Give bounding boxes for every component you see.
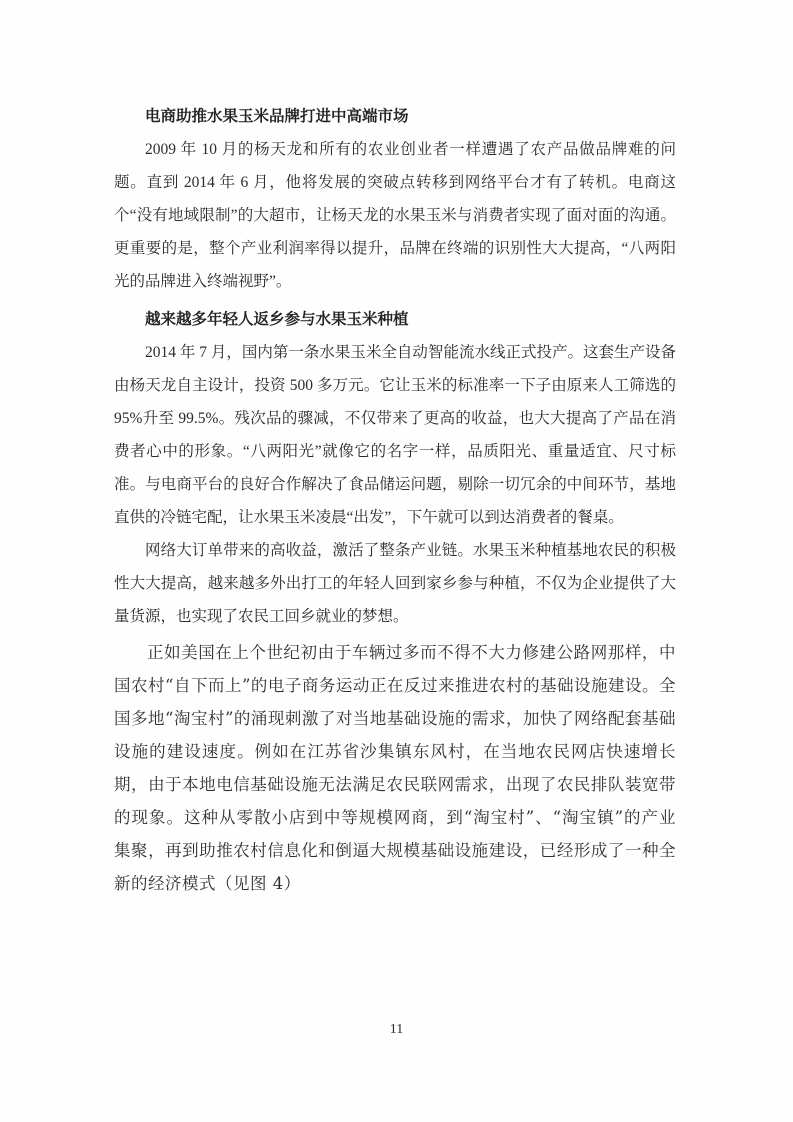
section-heading-youth-return: 越来越多年轻人返乡参与水果玉米种植 xyxy=(114,303,676,336)
paragraph-production-line: 2014 年 7 月，国内第一条水果玉米全自动智能流水线正式投产。这套生产设备由… xyxy=(114,336,676,534)
paragraph-brand-breakthrough: 2009 年 10 月的杨天龙和所有的农业创业者一样遭遇了农产品做品牌难的问题。… xyxy=(114,133,676,298)
paragraph-infrastructure: 正如美国在上个世纪初由于车辆过多而不得不大力修建公路网那样，中国农村“自下而上”… xyxy=(114,636,676,900)
section-heading-ecommerce-brand: 电商助推水果玉米品牌打进中高端市场 xyxy=(114,100,676,133)
text-block: 电商助推水果玉米品牌打进中高端市场 2009 年 10 月的杨天龙和所有的农业创… xyxy=(114,100,676,900)
paragraph-industry-chain: 网络大订单带来的高收益，激活了整条产业链。水果玉米种植基地农民的积极性大大提高，… xyxy=(114,534,676,633)
page-number: 11 xyxy=(0,1020,793,1040)
document-page: 电商助推水果玉米品牌打进中高端市场 2009 年 10 月的杨天龙和所有的农业创… xyxy=(0,0,793,1122)
